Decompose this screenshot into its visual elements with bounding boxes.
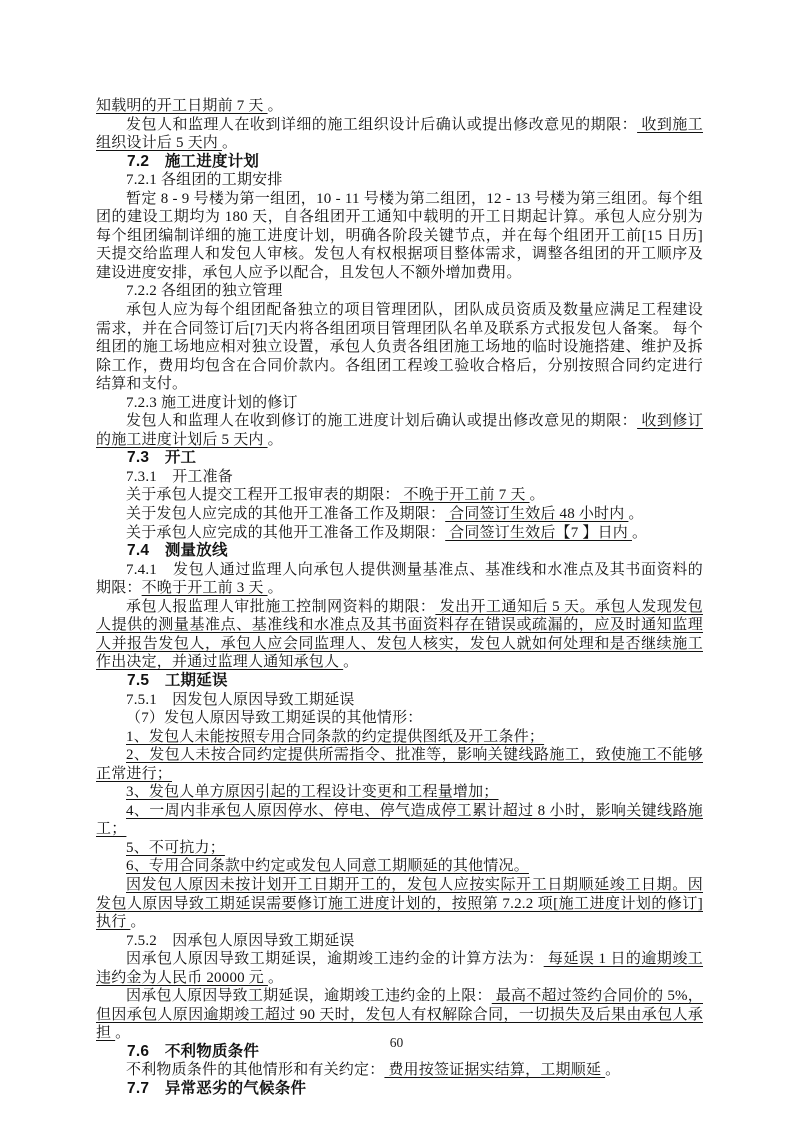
clause-text: 。 [222, 135, 237, 151]
clause-subheading-7-3-1: 7.3.1 开工准备 [96, 468, 703, 487]
clause-text: 。 [632, 525, 647, 541]
filled-in-value: 不晚于开工前 3 天 [142, 580, 268, 596]
clause-text: 。 [268, 970, 283, 986]
subheading-text: 7.2.1 各组团的工期安排 [126, 172, 283, 188]
clause-text: 。 [268, 98, 283, 114]
clause-subheading-7-2-3: 7.2.3 施工进度计划的修订 [96, 394, 703, 413]
filled-in-value: 1、发包人未能按照专用合同条款的约定提供图纸及开工条件； [126, 729, 544, 745]
subheading-text: 7.5.1 因发包人原因导致工期延误 [126, 692, 355, 708]
heading-text: 7.3 开工 [127, 449, 196, 466]
paragraph: 关于承包人应完成的其他开工准备工作及期限： 合同签订生效后【7 】日内 。 [96, 524, 703, 543]
filled-in-value: 3、发包人单方原因引起的工程设计变更和工程量增加； [126, 784, 499, 800]
filled-in-value: 知载明的开工日期前 7 天 [96, 98, 268, 114]
subheading-text: 7.5.2 因承包人原因导致工期延误 [126, 933, 355, 949]
clause-subheading-7-5-2: 7.5.2 因承包人原因导致工期延误 [96, 932, 703, 951]
clause-text: 承包人应为每个组团配备独立的项目管理团队，团队成员资质及数量应满足工程建设需求，… [96, 302, 703, 392]
clause-text: 。 [605, 1062, 620, 1078]
clause-text: 。 [628, 506, 643, 522]
filled-in-value: 6、专用合同条款中约定或发包人同意工期顺延的其他情况。 [126, 858, 529, 874]
clause-text: 不利物质条件的其他情形和有关约定： [126, 1062, 384, 1078]
clause-text: 发包人和监理人在收到修订的施工进度计划后确认或提出修改意见的期限： [126, 413, 637, 429]
clause-text: 。 [268, 432, 283, 448]
heading-text: 7.5 工期延误 [127, 672, 228, 689]
clause-subheading-7-5-1: 7.5.1 因发包人原因导致工期延误 [96, 691, 703, 710]
subheading-text: 7.2.2 各组团的独立管理 [126, 283, 283, 299]
clause-text: 。 [130, 914, 145, 930]
list-item: 2、发包人未按合同约定提供所需指令、批准等，影响关键线路施工，致使施工不能够正常… [96, 746, 703, 783]
heading-text: 7.4 测量放线 [127, 542, 228, 559]
clause-text: 。 [343, 654, 358, 670]
contract-page: 知载明的开工日期前 7 天 。 发包人和监理人在收到详细的施工组织设计后确认或提… [0, 0, 793, 1122]
paragraph: 暂定 8 - 9 号楼为第一组团，10 - 11 号楼为第二组团，12 - 13… [96, 190, 703, 283]
clause-text: 关于发包人应完成的其他开工准备工作及期限： [126, 506, 445, 522]
filled-in-value: 不晚于开工前 7 天 [400, 487, 530, 503]
filled-in-value: 2、发包人未按合同约定提供所需指令、批准等，影响关键线路施工，致使施工不能够正常… [96, 747, 703, 782]
clause-heading-7-4: 7.4 测量放线 [96, 542, 703, 561]
paragraph-continuation: 知载明的开工日期前 7 天 。 [96, 97, 703, 116]
list-item: 4、一周内非承包人原因停水、停电、停气造成停工累计超过 8 小时，影响关键线路施… [96, 802, 703, 839]
paragraph: 关于发包人应完成的其他开工准备工作及期限： 合同签订生效后 48 小时内 。 [96, 505, 703, 524]
paragraph: 关于承包人提交工程开工报审表的期限： 不晚于开工前 7 天 。 [96, 486, 703, 505]
paragraph: 承包人应为每个组团配备独立的项目管理团队，团队成员资质及数量应满足工程建设需求，… [96, 301, 703, 394]
list-item: 6、专用合同条款中约定或发包人同意工期顺延的其他情况。 [96, 857, 703, 876]
paragraph: 发包人和监理人在收到修订的施工进度计划后确认或提出修改意见的期限： 收到修订的施… [96, 412, 703, 449]
heading-text: 7.2 施工进度计划 [127, 153, 259, 170]
clause-text: 因承包人原因导致工期延误，逾期竣工违约金的计算方法为： [126, 951, 544, 967]
clause-text: 关于承包人应完成的其他开工准备工作及期限： [126, 525, 445, 541]
clause-text: 。 [268, 580, 283, 596]
page-number: 60 [0, 1035, 793, 1051]
filled-in-value: 5、不可抗力； [126, 840, 225, 856]
clause-subheading-7-2-1: 7.2.1 各组团的工期安排 [96, 171, 703, 190]
paragraph: （7）发包人原因导致工期延误的其他情形： [96, 709, 703, 728]
subheading-text: 7.3.1 开工准备 [126, 469, 233, 485]
clause-text: 承包人报监理人审批施工控制网资料的期限： [126, 599, 435, 615]
clause-text: 因承包人原因导致工期延误，逾期竣工违约金的上限： [126, 988, 492, 1004]
list-item: 5、不可抗力； [96, 839, 703, 858]
list-item: 1、发包人未能按照专用合同条款的约定提供图纸及开工条件； [96, 728, 703, 747]
heading-text: 7.7 异常恶劣的气候条件 [127, 1080, 306, 1097]
paragraph: 不利物质条件的其他情形和有关约定： 费用按签证据实结算，工期顺延 。 [96, 1061, 703, 1080]
clause-text: 关于承包人提交工程开工报审表的期限： [126, 487, 400, 503]
clause-subheading-7-2-2: 7.2.2 各组团的独立管理 [96, 282, 703, 301]
paragraph: 7.4.1 发包人通过监理人向承包人提供测量基准点、基准线和水准点及其书面资料的… [96, 561, 703, 598]
clause-text: （7）发包人原因导致工期延误的其他情形： [126, 710, 423, 726]
filled-in-value: 4、一周内非承包人原因停水、停电、停气造成停工累计超过 8 小时，影响关键线路施… [96, 803, 703, 838]
filled-in-value: 因发包人原因未按计划开工日期开工的，发包人应按实际开工日期顺延竣工日期。因发包人… [96, 877, 703, 930]
subheading-text: 7.2.3 施工进度计划的修订 [126, 395, 298, 411]
clause-text: 。 [530, 487, 545, 503]
clause-heading-7-5: 7.5 工期延误 [96, 672, 703, 691]
clause-heading-7-3: 7.3 开工 [96, 449, 703, 468]
paragraph: 因承包人原因导致工期延误，逾期竣工违约金的计算方法为： 每延误 1 日的逾期竣工… [96, 950, 703, 987]
clause-text: 发包人和监理人在收到详细的施工组织设计后确认或提出修改意见的期限： [126, 117, 637, 133]
paragraph: 发包人和监理人在收到详细的施工组织设计后确认或提出修改意见的期限： 收到施工组织… [96, 116, 703, 153]
list-item: 3、发包人单方原因引起的工程设计变更和工程量增加； [96, 783, 703, 802]
filled-in-value: 合同签订生效后【7 】日内 [445, 525, 632, 541]
filled-in-value: 合同签订生效后 48 小时内 [445, 506, 628, 522]
paragraph: 承包人报监理人审批施工控制网资料的期限： 发出开工通知后 5 天。承包人发现发包… [96, 598, 703, 672]
filled-in-value: 费用按签证据实结算，工期顺延 [384, 1062, 605, 1078]
page-content: 知载明的开工日期前 7 天 。 发包人和监理人在收到详细的施工组织设计后确认或提… [96, 97, 703, 1099]
clause-heading-7-7: 7.7 异常恶劣的气候条件 [96, 1080, 703, 1099]
clause-text: 暂定 8 - 9 号楼为第一组团，10 - 11 号楼为第二组团，12 - 13… [96, 191, 703, 281]
paragraph: 因发包人原因未按计划开工日期开工的，发包人应按实际开工日期顺延竣工日期。因发包人… [96, 876, 703, 932]
clause-heading-7-2: 7.2 施工进度计划 [96, 153, 703, 172]
